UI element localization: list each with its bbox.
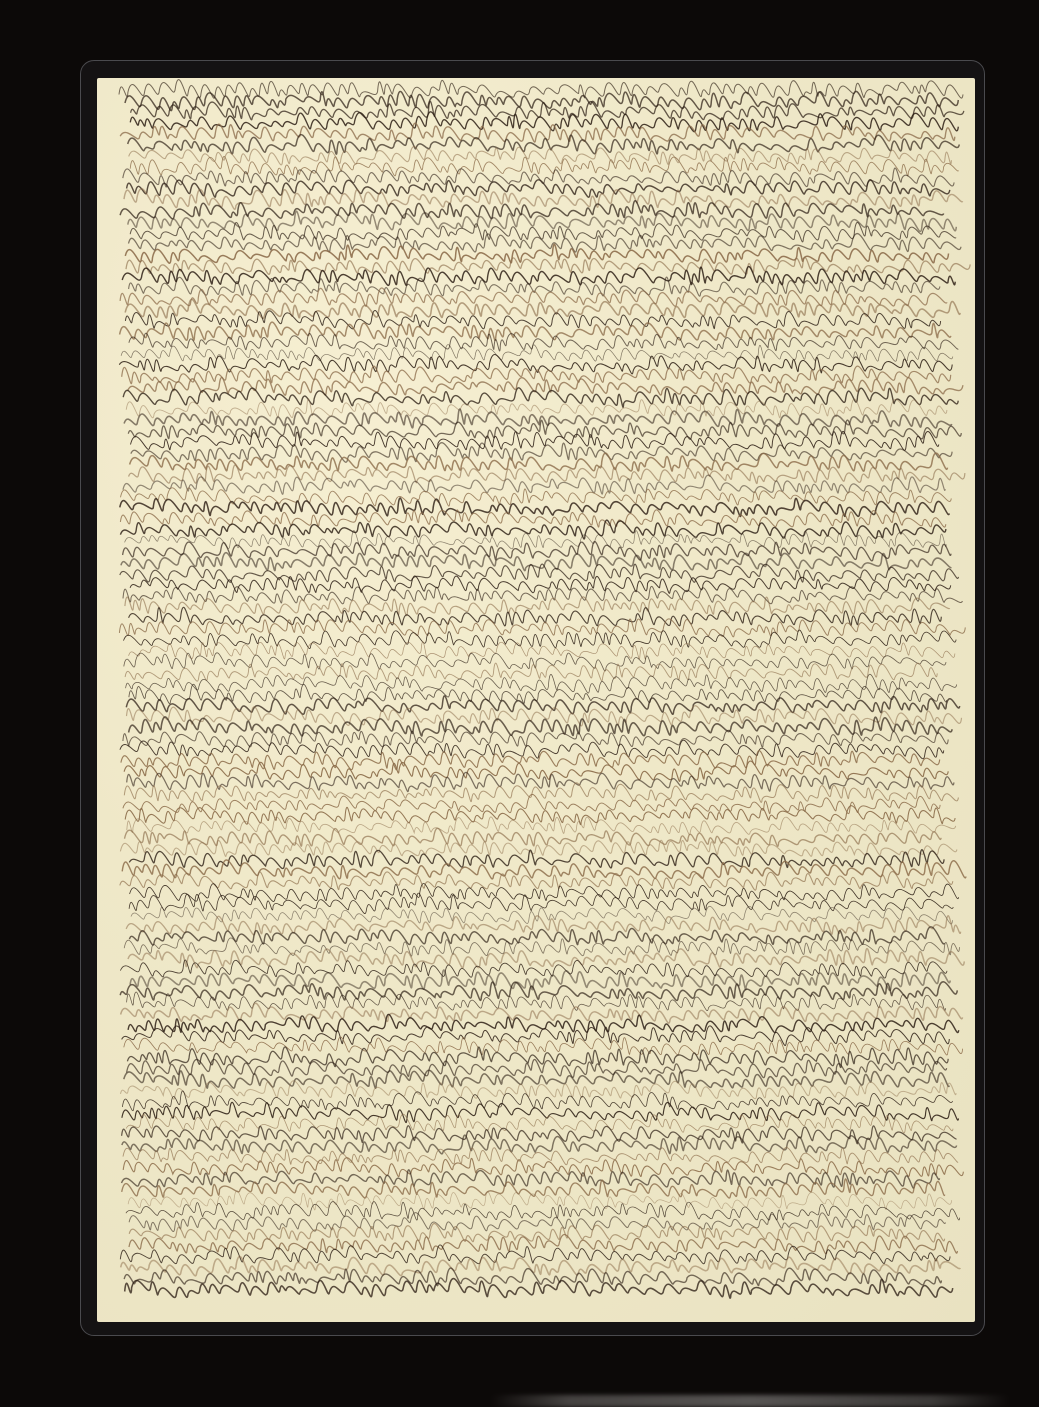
paper-sheet [97, 78, 975, 1322]
ink-scribble [97, 78, 975, 1322]
scanner-artifact [490, 1395, 1010, 1407]
